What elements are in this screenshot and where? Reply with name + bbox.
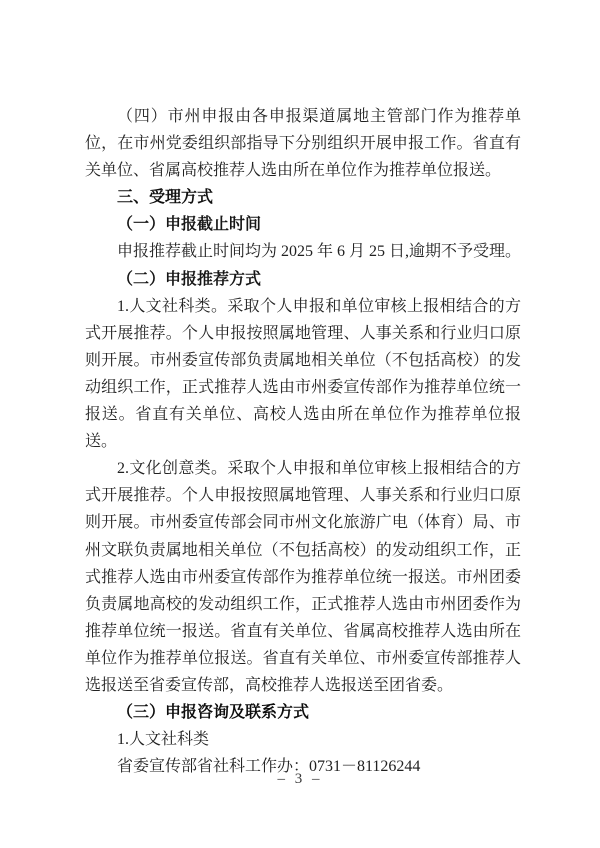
para-prefecture-application: （四）市州申报由各申报渠道属地主管部门作为推荐单位，在市州党委组织部指导下分别组… <box>85 103 521 184</box>
subheading-recommendation-method: （二）申报推荐方式 <box>85 266 521 293</box>
para-deadline-date: 申报推荐截止时间均为 2025 年 6 月 25 日,逾期不予受理。 <box>85 238 521 265</box>
document-page: （四）市州申报由各申报渠道属地主管部门作为推荐单位，在市州党委组织部指导下分别组… <box>0 0 600 848</box>
para-humanities-category: 1.人文社科类。采取个人申报和单位审核上报相结合的方式开展推荐。个人申报按照属地… <box>85 293 521 456</box>
para-humanities-contact-label: 1.人文社科类 <box>85 726 521 753</box>
page-number: – 3 – <box>0 769 600 789</box>
para-cultural-creative-category: 2.文化创意类。采取个人申报和单位审核上报相结合的方式开展推荐。个人申报按照属地… <box>85 455 521 699</box>
subheading-application-deadline: （一）申报截止时间 <box>85 211 521 238</box>
heading-acceptance-method: 三、受理方式 <box>85 184 521 211</box>
document-body: （四）市州申报由各申报渠道属地主管部门作为推荐单位，在市州党委组织部指导下分别组… <box>85 103 521 780</box>
subheading-contact-info: （三）申报咨询及联系方式 <box>85 699 521 726</box>
